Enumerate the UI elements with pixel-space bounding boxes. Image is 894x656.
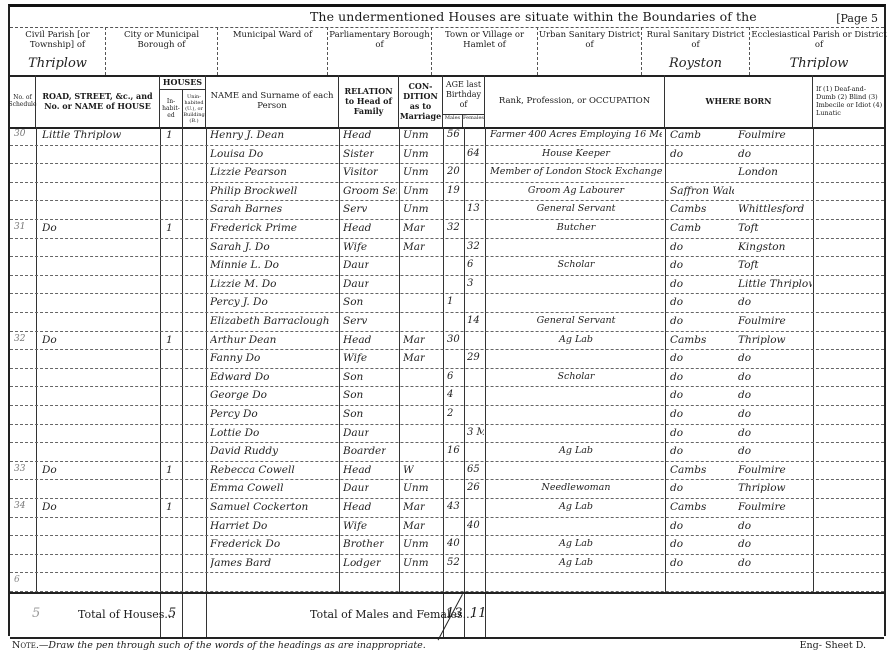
birth-place: Thriplow <box>738 334 786 346</box>
table-row: 6 <box>10 573 884 592</box>
occupation: Groom Ag Labourer <box>490 185 662 196</box>
person-name: Louisa Do <box>210 148 263 160</box>
column-divider <box>206 594 207 637</box>
table-row: Sarah BarnesServUnm13General ServantCamb… <box>10 201 884 220</box>
marital-condition: Unm <box>403 185 429 197</box>
relation: Sister <box>343 148 374 160</box>
relation: Head <box>343 464 371 476</box>
road-name: Do <box>42 501 57 513</box>
boundary-label: Civil Parish [or Township] of <box>10 30 105 50</box>
birth-place: Toft <box>738 222 759 234</box>
boundary-label: Ecclesiastical Parish or District of <box>750 30 888 50</box>
boundary-field: City or Municipal Borough of <box>106 27 218 75</box>
table-row: Edward DoSon6Scholardodo <box>10 369 884 388</box>
relation: Son <box>343 408 363 420</box>
marital-condition: Unm <box>403 557 429 569</box>
person-name: Lizzie M. Do <box>210 278 276 290</box>
relation: Groom Serv <box>343 185 397 197</box>
relation: Head <box>343 129 371 141</box>
road-name: Do <box>42 464 57 476</box>
birth-county: do <box>670 352 683 364</box>
relation: Daur <box>343 427 369 439</box>
person-name: Lottie Do <box>210 427 259 439</box>
boundary-label: Urban Sanitary District of <box>538 30 641 50</box>
schedule-number: 32 <box>14 334 25 344</box>
male-age: 19 <box>447 185 460 196</box>
relation: Lodger <box>343 557 381 569</box>
birth-county: do <box>670 389 683 401</box>
header-inhabited: In-habit-ed <box>160 90 183 127</box>
footnote: Note.—Draw the pen through such of the w… <box>12 640 426 651</box>
boundary-field: Parliamentary Borough of <box>328 27 432 75</box>
male-age: 56 <box>447 129 460 140</box>
birth-place: Kingston <box>738 241 785 253</box>
header-condition: CON-DITION as to Marriage <box>399 75 443 127</box>
relation: Wife <box>343 241 367 253</box>
birth-county: Cambs <box>670 334 706 346</box>
person-name: Rebecca Cowell <box>210 464 295 476</box>
header-road: ROAD, STREET, &c., and No. or NAME of HO… <box>36 75 160 127</box>
male-age: 1 <box>447 296 453 307</box>
table-row: 32Do1Arthur DeanHeadMar30Ag LabCambsThri… <box>10 332 884 351</box>
birth-place: Toft <box>738 259 759 271</box>
person-name: David Ruddy <box>210 445 278 457</box>
birth-place: Little Thriplow <box>738 278 812 290</box>
birth-place: London <box>738 166 778 178</box>
birth-county: do <box>670 296 683 308</box>
birth-place: do <box>738 427 751 439</box>
marital-condition: Mar <box>403 334 425 346</box>
table-row: Lizzie PearsonVisitorUnm20Member of Lond… <box>10 164 884 183</box>
birth-place: Foulmire <box>738 129 786 141</box>
table-row: James BardLodgerUnm52Ag Labdodo <box>10 555 884 574</box>
birth-county: Cambs <box>670 203 706 215</box>
occupation: House Keeper <box>490 148 662 159</box>
person-name: Henry J. Dean <box>210 129 284 141</box>
person-name: Philip Brockwell <box>210 185 297 197</box>
table-row: Frederick DoBrotherUnm40Ag Labdodo <box>10 536 884 555</box>
boundary-label: Parliamentary Borough of <box>328 30 431 50</box>
header-age-label: AGE last Birthday of <box>443 75 484 115</box>
boundary-label: Rural Sanitary District of <box>642 30 749 50</box>
female-age: 3 <box>467 278 473 289</box>
birth-county: Camb <box>670 222 701 234</box>
birth-place: do <box>738 557 751 569</box>
marital-condition: W <box>403 464 414 476</box>
road-name: Do <box>42 222 57 234</box>
header-infirmity: If (1) Deaf-and-Dumb (2) Blind (3) Imbec… <box>813 75 884 127</box>
marital-condition: Unm <box>403 538 429 550</box>
birth-place: Foulmire <box>738 501 786 513</box>
relation: Daur <box>343 259 369 271</box>
birth-county: Cambs <box>670 464 706 476</box>
table-row: Fanny DoWifeMar29dodo <box>10 350 884 369</box>
occupation: Ag Lab <box>490 538 662 549</box>
header-age: AGE last Birthday of Males Females <box>443 75 485 127</box>
person-name: Sarah J. Do <box>210 241 270 253</box>
person-name: George Do <box>210 389 267 401</box>
female-age: 13 <box>467 203 480 214</box>
female-age: 65 <box>467 464 480 475</box>
male-age: 4 <box>447 389 453 400</box>
occupation: Scholar <box>490 371 662 382</box>
table-row: George DoSon4dodo <box>10 387 884 406</box>
relation: Serv <box>343 315 367 327</box>
person-name: Arthur Dean <box>210 334 276 346</box>
relation: Boarder <box>343 445 386 457</box>
table-row: Elizabeth BarracloughServ14General Serva… <box>10 313 884 332</box>
column-divider <box>182 594 183 637</box>
boundary-value: Thriplow <box>750 59 888 69</box>
column-header-row: No. of Schedule ROAD, STREET, &c., and N… <box>10 75 884 129</box>
person-name: Sarah Barnes <box>210 203 282 215</box>
male-age: 32 <box>447 222 460 233</box>
footnote-prefix: Note.— <box>12 640 48 651</box>
boundary-field: Municipal Ward of <box>218 27 328 75</box>
marital-condition: Mar <box>403 352 425 364</box>
title-row: The undermentioned Houses are situate wi… <box>10 7 884 28</box>
total-houses-label: Total of Houses... <box>78 608 175 621</box>
female-age: 6 <box>467 259 473 270</box>
table-row: Percy J. DoSon1dodo <box>10 294 884 313</box>
header-males: Males <box>443 115 463 127</box>
marital-condition: Mar <box>403 520 425 532</box>
boundary-value: Royston <box>642 59 749 69</box>
person-name: Minnie L. Do <box>210 259 279 271</box>
relation: Brother <box>343 538 384 550</box>
marital-condition: Unm <box>403 166 429 178</box>
header-where-born: WHERE BORN <box>665 75 813 127</box>
table-row: Emma CowellDaurUnm26NeedlewomandoThriplo… <box>10 480 884 499</box>
inhabited-count: 1 <box>166 222 173 234</box>
boundary-label: City or Municipal Borough of <box>106 30 217 50</box>
male-age: 52 <box>447 557 460 568</box>
road-name: Little Thriplow <box>42 129 121 141</box>
table-row: Lizzie M. DoDaur3doLittle Thriplow <box>10 276 884 295</box>
marital-condition: Unm <box>403 148 429 160</box>
person-name: Edward Do <box>210 371 269 383</box>
boundary-field: Town or Village or Hamlet of <box>432 27 538 75</box>
female-age: 3 Mo <box>467 427 484 438</box>
male-age: 16 <box>447 445 460 456</box>
header-relation-label: RELATION to Head of Family <box>339 86 398 116</box>
birth-county: do <box>670 259 683 271</box>
person-name: James Bard <box>210 557 271 569</box>
inhabited-count: 1 <box>166 334 173 346</box>
birth-county: do <box>670 427 683 439</box>
birth-county: Cambs <box>670 501 706 513</box>
birth-place: do <box>738 538 751 550</box>
boundary-field: Rural Sanitary District ofRoyston <box>642 27 750 75</box>
inhabited-count: 1 <box>166 129 173 141</box>
birth-county: do <box>670 445 683 457</box>
birth-county: do <box>670 315 683 327</box>
birth-place: do <box>738 352 751 364</box>
relation: Daur <box>343 278 369 290</box>
header-uninhabited: Unin-habited (U.), or Building (B.) <box>183 90 205 127</box>
birth-place: Foulmire <box>738 315 786 327</box>
table-row: Lottie DoDaur3 Mododo <box>10 425 884 444</box>
birth-county: do <box>670 148 683 160</box>
male-age: 2 <box>447 408 453 419</box>
occupation: Farmer 400 Acres Employing 16 Men & 2 Bo… <box>490 129 662 140</box>
header-where-born-label: WHERE BORN <box>705 96 771 106</box>
relation: Son <box>343 389 363 401</box>
occupation: General Servant <box>490 315 662 326</box>
header-occupation-label: Rank, Profession, or OCCUPATION <box>499 96 650 106</box>
person-name: Frederick Do <box>210 538 280 550</box>
relation: Visitor <box>343 166 378 178</box>
birth-county: do <box>670 408 683 420</box>
relation: Son <box>343 296 363 308</box>
birth-place: Foulmire <box>738 464 786 476</box>
marital-condition: Unm <box>403 129 429 141</box>
header-schedule-label: No. of Schedule <box>8 94 36 108</box>
female-age: 29 <box>467 352 480 363</box>
boundary-field: Urban Sanitary District of <box>538 27 642 75</box>
total-females: 11 <box>470 606 487 621</box>
birth-county: do <box>670 482 683 494</box>
table-row: 30Little Thriplow1Henry J. DeanHeadUnm56… <box>10 127 884 146</box>
header-infirmity-label: If (1) Deaf-and-Dumb (2) Blind (3) Imbec… <box>816 85 884 117</box>
marital-condition: Mar <box>403 501 425 513</box>
boundary-value: Thriplow <box>10 59 105 69</box>
birth-place: do <box>738 371 751 383</box>
relation: Wife <box>343 352 367 364</box>
table-row: Sarah J. DoWifeMar32doKingston <box>10 239 884 258</box>
header-occupation: Rank, Profession, or OCCUPATION <box>485 75 665 127</box>
occupation: Butcher <box>490 222 662 233</box>
header-road-label: ROAD, STREET, &c., and No. or NAME of HO… <box>36 91 159 111</box>
boundary-label: Town or Village or Hamlet of <box>432 30 537 50</box>
person-name: Fanny Do <box>210 352 260 364</box>
header-schedule: No. of Schedule <box>10 75 36 127</box>
header-houses: HOUSES In-habit-ed Unin-habited (U.), or… <box>160 75 206 127</box>
schedule-number: 31 <box>14 222 25 232</box>
header-condition-label: CON-DITION as to Marriage <box>399 81 442 121</box>
header-name: NAME and Surname of each Person <box>206 75 339 127</box>
birth-place: do <box>738 389 751 401</box>
birth-place: Whittlesford <box>738 203 804 215</box>
female-age: 14 <box>467 315 480 326</box>
table-row: David RuddyBoarder16Ag Labdodo <box>10 443 884 462</box>
margin-mark: 6 <box>14 575 20 585</box>
table-row: Louisa DoSisterUnm64House Keeperdodo <box>10 146 884 165</box>
person-name: Percy J. Do <box>210 296 268 308</box>
birth-place: do <box>738 520 751 532</box>
birth-county: do <box>670 371 683 383</box>
table-row: 31Do1Frederick PrimeHeadMar32ButcherCamb… <box>10 220 884 239</box>
table-row: Percy DoSon2dodo <box>10 406 884 425</box>
page-number: [Page 5 <box>836 12 878 25</box>
person-name: Emma Cowell <box>210 482 283 494</box>
person-name: Elizabeth Barraclough <box>210 315 330 327</box>
occupation: Ag Lab <box>490 501 662 512</box>
footnote-text: Draw the pen through such of the words o… <box>48 640 425 651</box>
table-row: 34Do1Samuel CockertonHeadMar43Ag LabCamb… <box>10 499 884 518</box>
boundary-label: Municipal Ward of <box>218 30 327 40</box>
person-name: Samuel Cockerton <box>210 501 308 513</box>
birth-county: do <box>670 241 683 253</box>
occupation: Member of London Stock Exchange <box>490 166 662 177</box>
sheet-title: The undermentioned Houses are situate wi… <box>310 9 757 24</box>
birth-county: do <box>670 520 683 532</box>
male-age: 6 <box>447 371 453 382</box>
female-age: 64 <box>467 148 480 159</box>
road-name: Do <box>42 334 57 346</box>
marital-condition: Unm <box>403 203 429 215</box>
marital-condition: Unm <box>403 482 429 494</box>
male-age: 40 <box>447 538 460 549</box>
person-name: Percy Do <box>210 408 258 420</box>
boundary-field: Ecclesiastical Parish or District ofThri… <box>750 27 888 75</box>
header-name-label: NAME and Surname of each Person <box>206 91 338 111</box>
birth-place: do <box>738 408 751 420</box>
occupation: Ag Lab <box>490 334 662 345</box>
birth-county: Camb <box>670 129 701 141</box>
table-row: Minnie L. DoDaur6ScholardoToft <box>10 257 884 276</box>
totals-row: 5 5 Total of Houses... Total of Males an… <box>10 592 884 639</box>
relation: Head <box>343 222 371 234</box>
birth-county: do <box>670 278 683 290</box>
marital-condition: Mar <box>403 222 425 234</box>
relation: Serv <box>343 203 367 215</box>
boundary-row: Civil Parish [or Township] ofThriplowCit… <box>10 27 884 77</box>
female-age: 32 <box>467 241 480 252</box>
census-enumeration-sheet: The undermentioned Houses are situate wi… <box>8 4 886 636</box>
total-schedules: 5 <box>32 606 40 621</box>
occupation: Ag Lab <box>490 445 662 456</box>
relation: Son <box>343 371 363 383</box>
table-row: Philip BrockwellGroom ServUnm19Groom Ag … <box>10 183 884 202</box>
relation: Head <box>343 334 371 346</box>
person-name: Harriet Do <box>210 520 267 532</box>
inhabited-count: 1 <box>166 464 173 476</box>
boundary-field: Civil Parish [or Township] ofThriplow <box>10 27 106 75</box>
relation: Wife <box>343 520 367 532</box>
person-name: Lizzie Pearson <box>210 166 287 178</box>
relation: Daur <box>343 482 369 494</box>
person-name: Frederick Prime <box>210 222 297 234</box>
header-houses-label: HOUSES <box>160 75 205 90</box>
schedule-number: 30 <box>14 129 25 139</box>
occupation: Scholar <box>490 259 662 270</box>
schedule-number: 33 <box>14 464 25 474</box>
header-females: Females <box>463 115 484 127</box>
table-row: 33Do1Rebecca CowellHeadW65CambsFoulmire <box>10 462 884 481</box>
birth-place: do <box>738 445 751 457</box>
birth-place: do <box>738 148 751 160</box>
relation: Head <box>343 501 371 513</box>
male-age: 20 <box>447 166 460 177</box>
birth-place: do <box>738 296 751 308</box>
birth-county: Saffron Walden <box>670 185 734 197</box>
birth-place: Thriplow <box>738 482 786 494</box>
female-age: 26 <box>467 482 480 493</box>
header-relation: RELATION to Head of Family <box>339 75 399 127</box>
birth-county: do <box>670 538 683 550</box>
female-age: 40 <box>467 520 480 531</box>
marital-condition: Mar <box>403 241 425 253</box>
occupation: Needlewoman <box>490 482 662 493</box>
inhabited-count: 1 <box>166 501 173 513</box>
occupation: Ag Lab <box>490 557 662 568</box>
male-age: 43 <box>447 501 460 512</box>
table-row: Harriet DoWifeMar40dodo <box>10 518 884 537</box>
enumeration-table: 30Little Thriplow1Henry J. DeanHeadUnm56… <box>10 127 884 592</box>
sheet-identifier: Eng- Sheet D. <box>800 640 866 651</box>
male-age: 30 <box>447 334 460 345</box>
birth-county: do <box>670 557 683 569</box>
schedule-number: 34 <box>14 501 25 511</box>
occupation: General Servant <box>490 203 662 214</box>
